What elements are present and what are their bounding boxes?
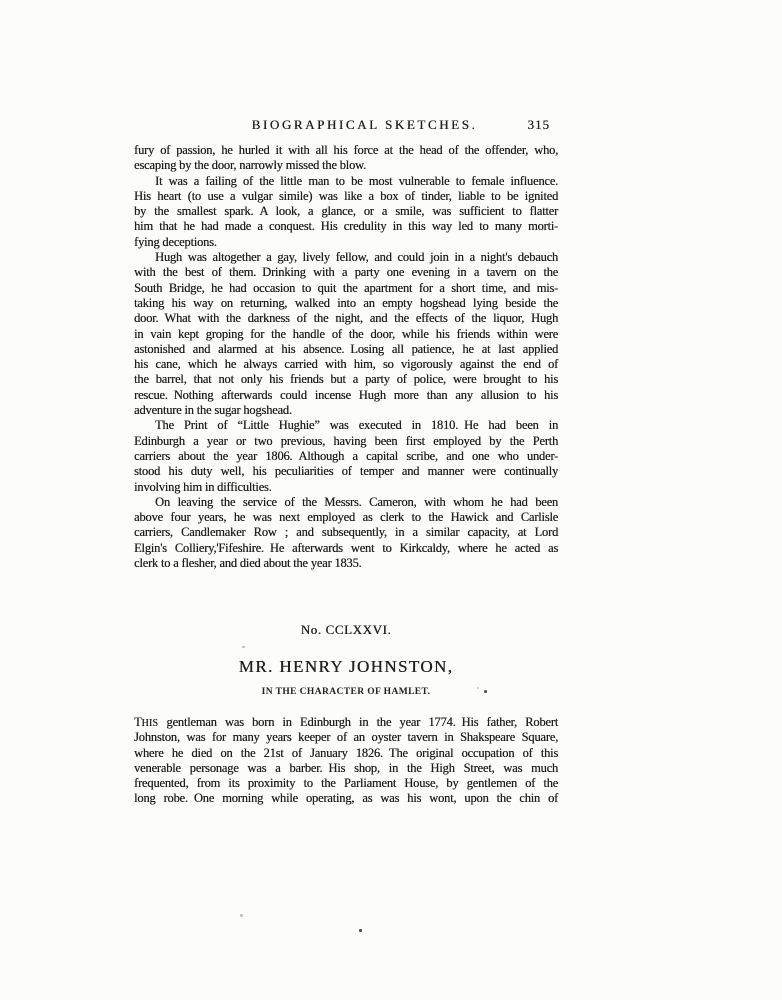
text-line: with the best of them. Drinking with a p… xyxy=(134,265,558,280)
text-line: fying deceptions. xyxy=(134,235,558,250)
running-header: BIOGRAPHICAL SKETCHES. 315 xyxy=(134,117,558,133)
text-line: Hugh was altogether a gay, lively fellow… xyxy=(134,250,558,265)
text-line: Edinburgh a year or two previous, having… xyxy=(134,434,558,449)
text-line: long robe. One morning while operating, … xyxy=(134,791,558,806)
paragraph: THIS gentleman was born in Edinburgh in … xyxy=(134,715,558,807)
paragraph: The Print of “Little Hughie” was execute… xyxy=(134,418,558,494)
section-subtitle: IN THE CHARACTER OF HAMLET. xyxy=(134,687,558,697)
scan-speck xyxy=(359,929,362,932)
text-line: adventure in the sugar hogshead. xyxy=(134,403,558,418)
text-line: by the smallest spark. A look, a glance,… xyxy=(134,204,558,219)
running-header-title: BIOGRAPHICAL SKETCHES. xyxy=(134,117,558,133)
text-line: in vain kept groping for the handle of t… xyxy=(134,327,558,342)
text-line: stood his duty well, his peculiarities o… xyxy=(134,464,558,479)
text-line: fury of passion, he hurled it with all h… xyxy=(134,143,558,158)
scan-speck xyxy=(484,690,487,693)
text-line: THIS gentleman was born in Edinburgh in … xyxy=(134,715,558,730)
opening-rest: gentleman was born in Edinburgh in the y… xyxy=(158,715,558,729)
paragraph: Hugh was altogether a gay, lively fellow… xyxy=(134,250,558,418)
paragraph: On leaving the service of the Messrs. Ca… xyxy=(134,495,558,571)
text-line: his cane, which he always carried with h… xyxy=(134,357,558,372)
text-line: him that he had made a conquest. His cre… xyxy=(134,219,558,234)
text-line: taking his way on returning, walked into… xyxy=(134,296,558,311)
text-line: It was a failing of the little man to be… xyxy=(134,174,558,189)
text-line: above four years, he was next employed a… xyxy=(134,510,558,525)
page-number: 315 xyxy=(528,117,551,133)
text-line: where he died on the 21st of January 182… xyxy=(134,746,558,761)
paragraph: It was a failing of the little man to be… xyxy=(134,174,558,250)
text-line: Johnston, was for many years keeper of a… xyxy=(134,730,558,745)
text-line: door. What with the darkness of the nigh… xyxy=(134,311,558,326)
section-title: MR. HENRY JOHNSTON, xyxy=(134,657,558,677)
paragraph: fury of passion, he hurled it with all h… xyxy=(134,143,558,174)
section-number: No. CCLXXVI. xyxy=(134,622,558,638)
text-line: The Print of “Little Hughie” was execute… xyxy=(134,418,558,433)
text-line: involving him in difficulties. xyxy=(134,480,558,495)
text-line: carriers about the year 1806. Although a… xyxy=(134,449,558,464)
text-line: clerk to a flesher, and died about the y… xyxy=(134,556,558,571)
scan-speck xyxy=(477,687,479,689)
text-line: On leaving the service of the Messrs. Ca… xyxy=(134,495,558,510)
scan-speck xyxy=(240,914,243,917)
text-line: South Bridge, he had occasion to quit th… xyxy=(134,281,558,296)
text-line: astonished and alarmed at his absence. L… xyxy=(134,342,558,357)
section-opening-text-block: THIS gentleman was born in Edinburgh in … xyxy=(134,715,558,807)
text-line: rescue. Nothing afterwards could incense… xyxy=(134,388,558,403)
scan-speck xyxy=(242,646,245,648)
text-line: carriers, Candlemaker Row ; and subseque… xyxy=(134,525,558,540)
book-page: BIOGRAPHICAL SKETCHES. 315 fury of passi… xyxy=(0,0,782,1000)
text-line: the barrel, that not only his friends bu… xyxy=(134,372,558,387)
text-line: Elgin's Colliery,'Fifeshire. He afterwar… xyxy=(134,541,558,556)
main-text-block: fury of passion, he hurled it with all h… xyxy=(134,143,558,571)
text-line: His heart (to use a vulgar simile) was l… xyxy=(134,189,558,204)
text-line: escaping by the door, narrowly missed th… xyxy=(134,158,558,173)
text-line: venerable personage was a barber. His sh… xyxy=(134,761,558,776)
text-line: frequented, from its proximity to the Pa… xyxy=(134,776,558,791)
opening-small-caps: HIS xyxy=(141,718,158,729)
